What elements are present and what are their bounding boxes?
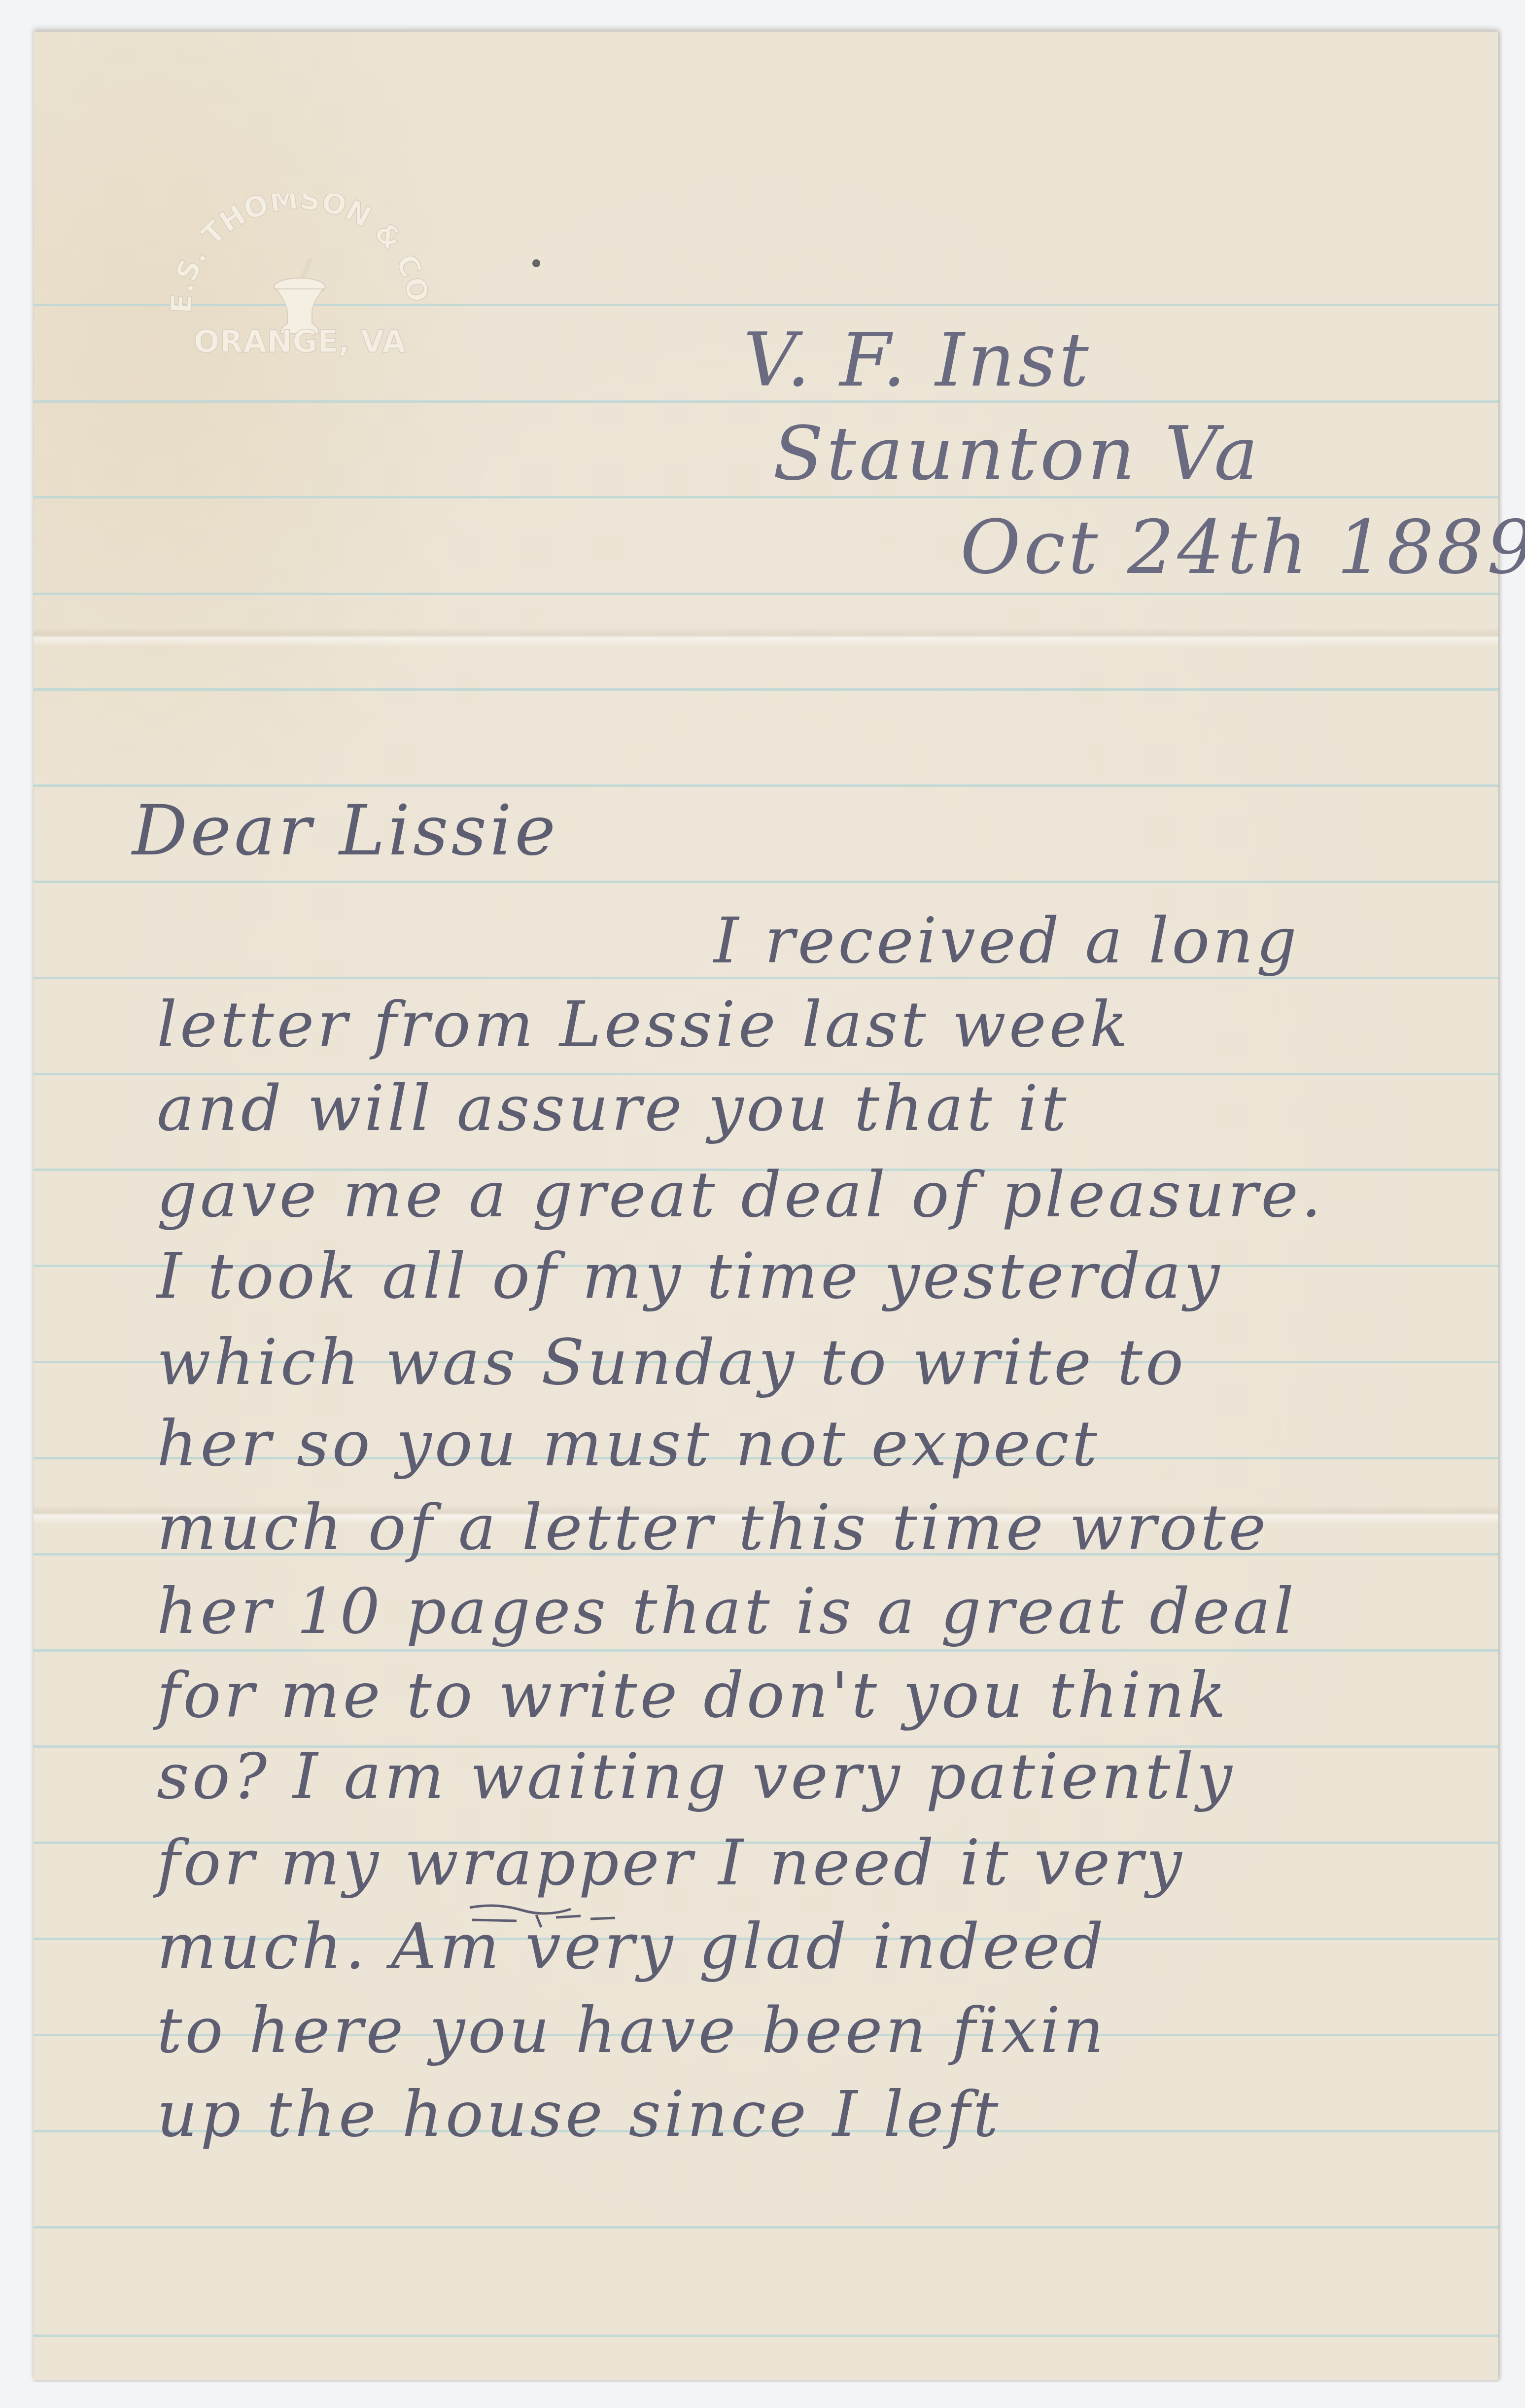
body-line-text: for my wrapper I need it very [157, 1826, 1185, 1900]
salutation: Dear Lissie [132, 791, 558, 871]
body-line: gave me a great deal of pleasure. [157, 1158, 1324, 1232]
ink-speck [532, 259, 540, 267]
body-line: for me to write don't you think [157, 1659, 1229, 1732]
heading-institution: V. F. Inst [743, 318, 1092, 403]
body-line: up the house since I left [157, 2078, 1001, 2151]
embossed-letterhead-seal: E.S. THOMSON & CO. ORANGE, VA [167, 194, 433, 357]
ruled-line [34, 688, 1498, 691]
ruled-line [34, 2226, 1498, 2229]
body-line: her 10 pages that is a great deal [157, 1575, 1297, 1648]
ruled-line [34, 881, 1498, 883]
body-line: for my wrapper I need it very [157, 1826, 1185, 1900]
ruled-line [34, 593, 1498, 595]
ruled-line [34, 2335, 1498, 2337]
seal-location-text: ORANGE, VA [194, 323, 406, 357]
heading-date: Oct 24th 1889 [960, 505, 1525, 591]
body-line: and will assure you that it [157, 1072, 1069, 1145]
ruled-line [34, 1649, 1498, 1652]
wrapper-underline-mark [467, 1900, 655, 1930]
body-line: to here you have been fixin [157, 1994, 1107, 2067]
body-line: so? I am waiting very patiently [157, 1740, 1235, 1813]
heading-city: Staunton Va [773, 411, 1261, 497]
letter-paper: E.S. THOMSON & CO. ORANGE, VA V. F. Inst… [34, 32, 1498, 2380]
ruled-line [34, 496, 1498, 498]
body-line: I took all of my time yesterday [157, 1239, 1222, 1313]
ruled-line [34, 784, 1498, 787]
body-line: much of a letter this time wrote [157, 1491, 1269, 1564]
body-line: letter from Lessie last week [157, 988, 1131, 1062]
body-line: I received a long [714, 904, 1300, 978]
fold-crease [34, 627, 1498, 647]
mortar-and-pestle-icon [274, 258, 325, 333]
body-line: which was Sunday to write to [157, 1326, 1186, 1399]
body-line: her so you must not expect [157, 1407, 1100, 1481]
